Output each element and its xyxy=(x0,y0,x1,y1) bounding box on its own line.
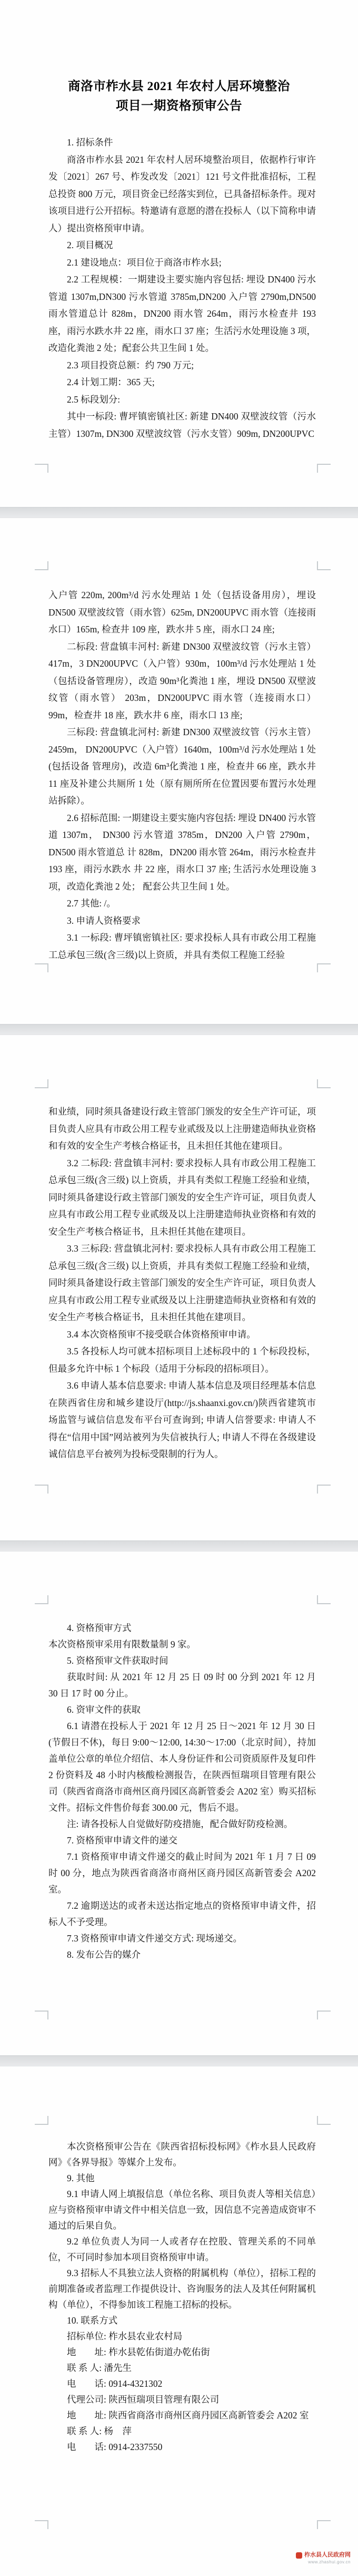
crop-mark xyxy=(317,561,331,570)
crop-mark xyxy=(35,1485,48,1494)
page-separator xyxy=(0,2055,358,2066)
crop-mark xyxy=(317,1079,331,1088)
paragraph: 8. 发布公告的媒介 xyxy=(48,1947,316,1963)
paragraph: 地 址: 柞水县乾佑街道办乾佑街 xyxy=(48,2344,316,2360)
document-viewport: 商洛市柞水县 2021 年农村人居环境整治 项目一期资格预审公告 1. 招标条件… xyxy=(0,0,358,2576)
document-title-line2: 项目一期资格预审公告 xyxy=(21,96,337,116)
crop-mark xyxy=(317,2011,331,2019)
paragraph: 2.5 标段划分: xyxy=(48,391,316,408)
paragraph: 注: 请各投标人自觉做好防疫措施，配合做好防疫检测。 xyxy=(48,1816,316,1832)
crop-mark xyxy=(35,2116,48,2125)
crop-mark xyxy=(35,963,48,972)
page-3: 和业绩，同时须具备建设行政主管部门颁发的安全生产许可证，项目负责人应具有市政公用… xyxy=(48,1103,316,1525)
paragraph: 2. 项目概况 xyxy=(48,237,316,254)
paragraph: 3.6 申请人基本信息要求: 申请人基本信息及项目经理基本信息在陕西省住房和城乡… xyxy=(48,1377,316,1463)
crop-mark xyxy=(317,464,331,473)
page-1: 1. 招标条件商洛市柞水县 2021 年农村人居环境整治项目，依据柞行审许发〔2… xyxy=(48,134,316,471)
paragraph: 3.2 二标段: 营盘镇丰河村: 要求投标人具有市政公用工程施工总承包三级(含三… xyxy=(48,1155,316,1241)
paragraph: 7.3 资格预审申请文件递交方式: 现场递交。 xyxy=(48,1930,316,1947)
paragraph: 1. 招标条件 xyxy=(48,134,316,151)
paragraph: 本次资格预审采用有限数量制 9 家。 xyxy=(48,1636,316,1653)
gov-site-logo-icon xyxy=(296,2552,302,2559)
paragraph: 2.4 计划工期：365 天; xyxy=(48,374,316,391)
crop-mark xyxy=(35,1595,48,1604)
crop-mark xyxy=(35,2011,48,2019)
document-title-line1: 商洛市柞水县 2021 年农村人居环境整治 xyxy=(21,77,337,96)
page-2: 入户管 220m, 200m³/d 污水处理站 1 处（包括设备用房），埋设 D… xyxy=(48,587,316,1008)
paragraph: 2.7 其他: /。 xyxy=(48,895,316,912)
paragraph: 3.1 一标段: 曹坪镇密镇社区: 要求投标人具有市政公用工程施工总承包三级(含… xyxy=(48,929,316,963)
paragraph: 地 址: 陕西省商洛市商州区商丹园区高新管委会 A202 室 xyxy=(48,2407,316,2423)
paragraph: 2.1 建设地点：项目位于商洛市柞水县; xyxy=(48,254,316,271)
paragraph: 获取时间: 从 2021 年 12 月 25 日 09 时 00 分到 2021… xyxy=(48,1669,316,1702)
crop-mark xyxy=(35,1079,48,1088)
paragraph: 代理公司: 陕西恒瑞项目管理有限公司 xyxy=(48,2392,316,2407)
paragraph: 电 话: 0914-4321302 xyxy=(48,2376,316,2392)
crop-mark xyxy=(317,2520,331,2529)
paragraph: 2.6 招标范围: 一期建设主要实施内容包括: 埋设 DN400 污水管道 13… xyxy=(48,809,316,895)
paragraph: 2.3 项目投资总额：约 790 万元; xyxy=(48,357,316,374)
paragraph: 7.1 资格预审申请文件递交的截止时间为 2021 年 1 月 7 日 09 时… xyxy=(48,1849,316,1898)
page-4: 4. 资格预审方式本次资格预审采用有限数量制 9 家。5. 资格预审文件获取时间… xyxy=(48,1620,316,1989)
paragraph: 二标段: 营盘镇丰河村: 新建 DN300 双壁波纹管（污水主管）417m，3 … xyxy=(48,638,316,724)
document-title: 商洛市柞水县 2021 年农村人居环境整治 项目一期资格预审公告 xyxy=(21,77,337,116)
paragraph: 6. 资审文件的获取 xyxy=(48,1702,316,1718)
paragraph: 联 系 人: 杨 萍 xyxy=(48,2423,316,2439)
paragraph: 4. 资格预审方式 xyxy=(48,1620,316,1636)
paragraph: 3.4 本次资格预审不接受联合体资格预审申请。 xyxy=(48,1326,316,1343)
paragraph: 10. 联系方式 xyxy=(48,2312,316,2328)
site-watermark: 柞水县人民政府网 www.zhashui.gov.cn xyxy=(296,2552,351,2565)
paragraph: 其中一标段: 曹坪镇密镇社区: 新建 DN400 双壁波纹管（污水主管）1307… xyxy=(48,408,316,442)
paragraph: 5. 资格预审文件获取时间 xyxy=(48,1653,316,1669)
paragraph: 7.2 逾期送达的或者未送达指定地点的资格预审申请文件，招标人不予受理。 xyxy=(48,1898,316,1930)
paragraph: 9.2 单位负责人为同一人或者存在控股、管理关系的不同单位，不可同时参加本项目资… xyxy=(48,2233,316,2265)
crop-mark xyxy=(317,2116,331,2125)
paragraph: 9. 其他 xyxy=(48,2170,316,2186)
crop-mark xyxy=(317,1485,331,1494)
page-separator xyxy=(0,507,358,518)
page-separator xyxy=(0,1540,358,1552)
crop-mark xyxy=(35,561,48,570)
paragraph: 三标段: 营盘镇北河村: 新建 DN300 双壁波纹管（污水主管）2459m， … xyxy=(48,724,316,809)
crop-mark xyxy=(35,464,48,473)
paragraph: 6.1 请潜在投标人于 2021 年 12 月 25 日～2021 年 12 月… xyxy=(48,1718,316,1816)
gov-site-name[interactable]: 柞水县人民政府网 xyxy=(304,2552,351,2559)
paragraph: 2.2 工程规模：一期建设主要实施内容包括: 埋设 DN400 污水管道 130… xyxy=(48,271,316,357)
crop-mark xyxy=(317,963,331,972)
paragraph: 7. 资格预审申请文件的递交 xyxy=(48,1832,316,1849)
paragraph: 3.5 各投标人均可就本招标项目上述标段中的 1 个标段投标，但最多允许中标 1… xyxy=(48,1343,316,1377)
gov-site-url[interactable]: www.zhashui.gov.cn xyxy=(296,2559,351,2565)
crop-mark xyxy=(317,1595,331,1604)
paragraph: 9.3 招标人不具独立法人资格的附属机构（单位），招标工程的前期准备或者监理工作… xyxy=(48,2265,316,2312)
paragraph: 本次资格预审公告在《陕西省招标投标网》《柞水县人民政府网》《各界导报》等媒介上发… xyxy=(48,2139,316,2170)
paragraph: 9.1 申请人网上填报信息（单位名称、项目负责人等相关信息）应与资格预审申请文件… xyxy=(48,2186,316,2233)
paragraph: 和业绩，同时须具备建设行政主管部门颁发的安全生产许可证，项目负责人应具有市政公用… xyxy=(48,1103,316,1155)
paragraph: 入户管 220m, 200m³/d 污水处理站 1 处（包括设备用房），埋设 D… xyxy=(48,587,316,638)
page-5: 本次资格预审公告在《陕西省招标投标网》《柞水县人民政府网》《各界导报》等媒介上发… xyxy=(48,2139,316,2576)
paragraph: 商洛市柞水县 2021 年农村人居环境整治项目，依据柞行审许发〔2021〕267… xyxy=(48,151,316,237)
paragraph: 电 话: 0914-2337550 xyxy=(48,2439,316,2455)
paragraph: 招标单位: 柞水县农业农村局 xyxy=(48,2328,316,2344)
paragraph: 联 系 人: 潘先生 xyxy=(48,2360,316,2376)
page-separator xyxy=(0,1024,358,1035)
crop-mark xyxy=(35,2520,48,2529)
paragraph: 3. 申请人资格要求 xyxy=(48,912,316,930)
paragraph: 3.3 三标段: 营盘镇北河村: 要求投标人具有市政公用工程施工总承包三级(含三… xyxy=(48,1240,316,1326)
